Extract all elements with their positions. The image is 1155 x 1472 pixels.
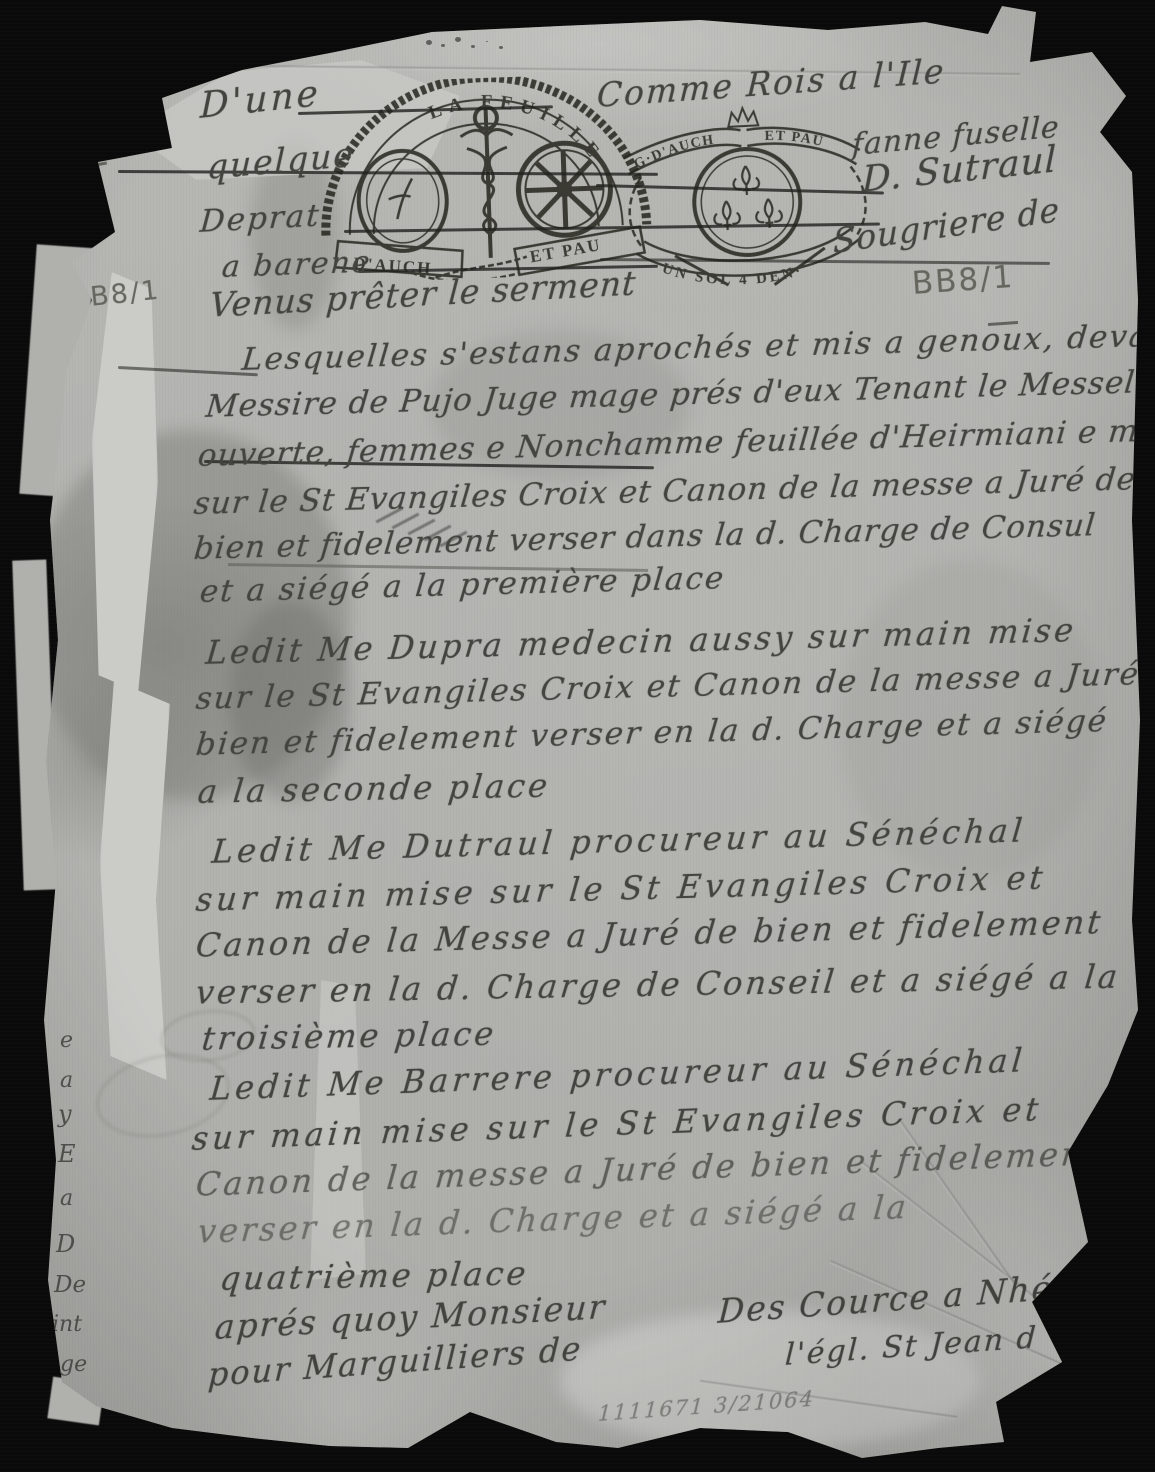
torn-surface-strip [100,680,170,1080]
manuscript-line: verser en la d. Charge de Conseil et a s… [194,958,1122,1012]
manuscript-page: LA FEUILLE [0,0,1155,1472]
folio-number: 2 [82,132,112,176]
margin-fragment: a [60,1186,73,1211]
margin-fragment: De [54,1272,86,1298]
stamp-arc-text: LA FEUILLE [425,87,608,172]
manuscript-line: a la seconde place [196,767,552,811]
scanned-manuscript-scene: LA FEUILLE [0,0,1155,1472]
manuscript-line: quatrième place [218,1255,531,1298]
margin-fragment: ge [60,1352,87,1377]
archival-ref-right: BB8/1 [911,259,1016,302]
caduceus-icon [460,106,517,259]
wheel-icon [517,142,612,237]
margin-fragment: E [58,1140,76,1168]
margin-fragment: y [58,1100,72,1128]
manuscript-line: Deprat [199,198,322,241]
top-ribbon-right [746,123,860,170]
ink-splatter [426,40,432,45]
margin-fragment: e [60,1028,73,1053]
tax-stamp-un-sol-4-deniers: G·D'AUCH ET PAU UN SOL 4 DEN· [607,95,887,299]
medallion-icon [357,149,448,252]
manuscript-line: troisième place [200,1015,498,1058]
margin-fragment: D [56,1230,75,1258]
crown-icon [727,107,758,127]
margin-fragment: int [52,1312,82,1337]
fleur-de-lis-icon [712,164,783,230]
margin-fragment: a [60,1068,73,1093]
